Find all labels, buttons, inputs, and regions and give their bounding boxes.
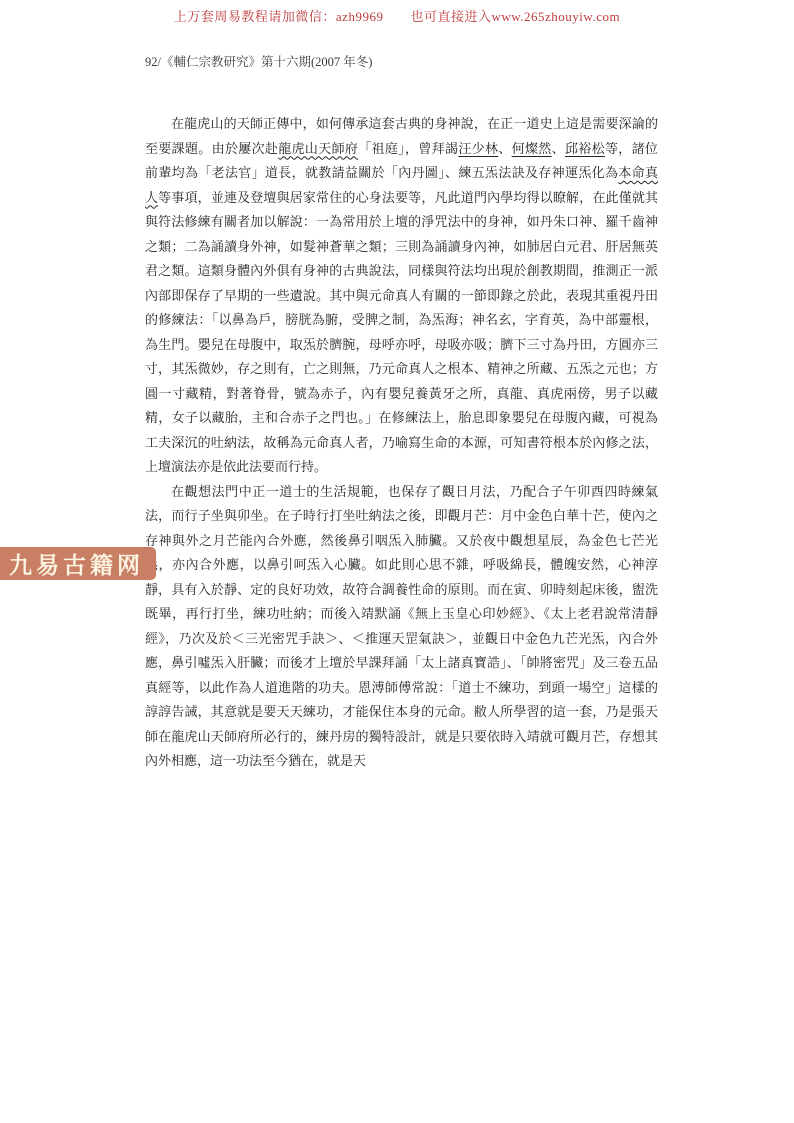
promo-banner-text: 上万套周易教程请加微信：azh9969 也可直接进入www.265zhouyiw…	[0, 6, 794, 25]
document-page: 上万套周易教程请加微信：azh9969 也可直接进入www.265zhouyiw…	[0, 0, 794, 1123]
paragraph-1: 在龍虎山的天師正傳中，如何傳承這套古典的身神說，在正一道史上這是需要深論的至要課…	[145, 112, 658, 480]
proper-noun-underlined: 邱裕松	[565, 141, 605, 156]
journal-page-header: 92/《輔仁宗教研究》第十六期(2007 年冬)	[145, 52, 372, 70]
paragraph-2: 在觀想法門中正一道士的生活規範，也保存了觀日月法，乃配合子午卯酉四時練氣法，而行…	[145, 480, 658, 774]
proper-noun-underlined: 何燦然	[512, 141, 552, 156]
text-run: 等事項，並連及登壇與居家常住的心身法要等，凡此道門內學均得以瞭解，在此僅就其與符…	[145, 190, 658, 475]
site-watermark-badge: 九易古籍网	[0, 547, 156, 580]
proper-noun-underlined: 汪少林	[458, 141, 498, 156]
proper-noun-underlined: 龍虎山天師府	[278, 141, 358, 156]
text-run: 「祖庭」，曾拜謁	[358, 141, 458, 156]
site-watermark-text: 九易古籍网	[9, 547, 144, 580]
article-body: 在龍虎山的天師正傳中，如何傳承這套古典的身神說，在正一道史上這是需要深論的至要課…	[145, 112, 658, 774]
text-run: 、	[498, 141, 511, 156]
text-run: 、	[552, 141, 565, 156]
